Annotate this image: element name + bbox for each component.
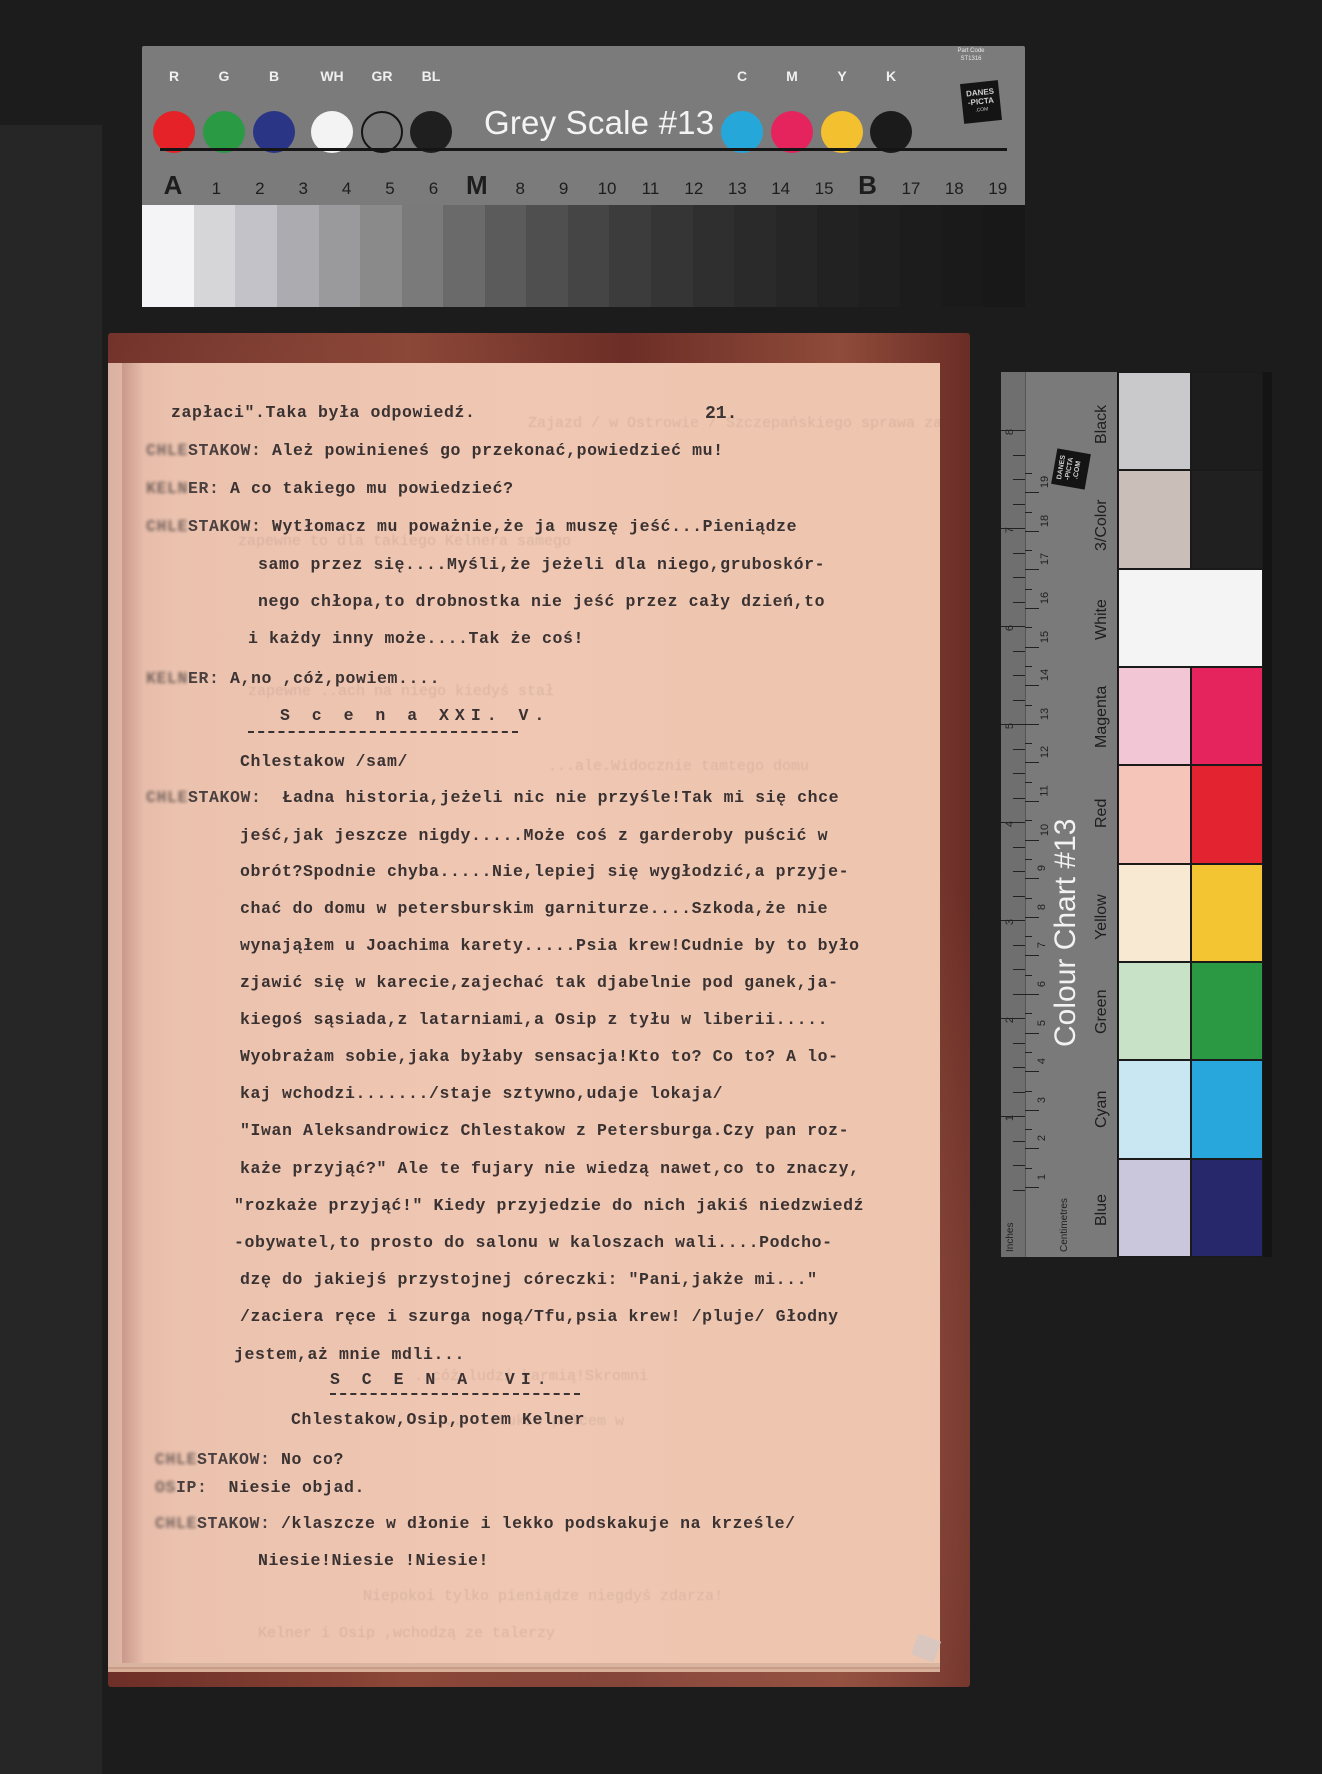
colour-chart-title: Colour Chart #13: [1049, 819, 1083, 1047]
speaker-name-blurred: OS: [155, 1478, 176, 1497]
color-dot-gr: [361, 111, 403, 153]
color-dot-k: [870, 111, 912, 153]
cm-label: 15: [1039, 630, 1051, 642]
cm-tick: [1025, 531, 1039, 532]
text-line: i każdy inny może....Tak że coś!: [248, 629, 584, 648]
scale-label: 5: [369, 179, 411, 199]
cm-tick: [1025, 840, 1039, 841]
grey-patch: [526, 205, 568, 307]
text-line: każe przyjąć?" Ale te fujary nie wiedzą …: [240, 1159, 860, 1178]
cm-label: 3: [1036, 1097, 1048, 1103]
inch-label: 7: [1004, 527, 1016, 533]
inch-subtick: [1013, 553, 1025, 554]
text-line: kiegoś sąsiada,z latarniami,a Osip z tył…: [240, 1010, 828, 1029]
line-text: "Iwan Aleksandrowicz Chlestakow z Peters…: [240, 1121, 849, 1140]
swatch-red-light: [1118, 765, 1191, 863]
inch-subtick: [1013, 455, 1025, 456]
swatch-blue-light: [1118, 1159, 1191, 1257]
line-text: /zaciera ręce i szurga nogą/Tfu,psia kre…: [240, 1307, 839, 1326]
text-line: zapłaci".Taka była odpowiedź.: [171, 403, 476, 422]
text-line: "rozkaże przyjąć!" Kiedy przyjedzie do n…: [234, 1196, 864, 1215]
half-cm-tick: [1025, 975, 1032, 976]
bleed-through-text: Niepokoi tylko pieniądze niegdyś zdarza!: [318, 1588, 723, 1605]
scale-label: 18: [933, 179, 975, 199]
grey-patch: [734, 205, 776, 307]
inch-subtick: [1013, 602, 1025, 603]
half-cm-tick: [1025, 666, 1032, 667]
scene-heading: S c e n a XXI. V.: [280, 706, 550, 725]
cm-tick: [1025, 1033, 1039, 1034]
half-cm-tick: [1025, 705, 1032, 706]
half-cm-tick: [1025, 550, 1032, 551]
speaker-name-blurred: KELN: [146, 669, 188, 688]
grey-patch: [277, 205, 319, 307]
cm-tick: [1025, 724, 1039, 725]
half-cm-tick: [1025, 1052, 1032, 1053]
inch-subtick: [1013, 1165, 1025, 1166]
scale-label: 8: [499, 179, 541, 199]
cm-label: 10: [1039, 823, 1051, 835]
swatch-white: [1118, 569, 1263, 667]
dot-label-gr: GR: [361, 68, 403, 84]
text-line: wynająłem u Joachima karety.....Psia kre…: [240, 936, 860, 955]
dot-label-k: K: [870, 68, 912, 84]
inch-subtick: [1013, 896, 1025, 897]
divider-rule: [160, 148, 1007, 151]
speaker-name-visible: ER:: [188, 669, 220, 688]
half-cm-tick: [1025, 512, 1032, 513]
inch-subtick: [1013, 479, 1025, 480]
row-label-white: White: [1093, 599, 1111, 640]
inch-label: 6: [1004, 625, 1016, 631]
speaker-name-visible: IP:: [176, 1478, 208, 1497]
inch-subtick: [1013, 1141, 1025, 1142]
line-text: Niesie objad.: [208, 1478, 366, 1497]
cm-tick: [1025, 608, 1039, 609]
speaker-name-blurred: CHLE: [155, 1514, 197, 1533]
scene-underline: [330, 1393, 580, 1395]
cm-label: 19: [1039, 476, 1051, 488]
text-line: CHLESTAKOW: Ładna historia,jeżeli nic ni…: [146, 788, 839, 807]
half-cm-tick: [1025, 743, 1032, 744]
color-dot-y: [821, 111, 863, 153]
text-line: KELNER: A co takiego mu powiedzieć?: [146, 479, 514, 498]
danes-picta-logo: DANES -PICTA .COM: [960, 80, 1002, 124]
inch-subtick: [1013, 1043, 1025, 1044]
dot-label-g: G: [203, 68, 245, 84]
scale-label: B: [847, 170, 889, 201]
inch-subtick: [1013, 1067, 1025, 1068]
speaker-name-blurred: KELN: [146, 479, 188, 498]
half-cm-tick: [1025, 1091, 1032, 1092]
bleed-through-text: ...ale.Widocznie tamtego domu: [548, 758, 809, 775]
row-label-blue: Blue: [1093, 1194, 1111, 1226]
scale-label: M: [456, 170, 498, 201]
part-code: Part Code ST1316: [941, 47, 1001, 63]
cm-tick: [1025, 685, 1039, 686]
half-cm-tick: [1025, 1013, 1032, 1014]
half-cm-tick: [1025, 589, 1032, 590]
cm-tick: [1025, 1187, 1039, 1188]
inch-subtick: [1013, 1092, 1025, 1093]
line-text: zapłaci".Taka była odpowiedź.: [171, 403, 476, 422]
color-dot-wh: [311, 111, 353, 153]
scene-underline: [248, 731, 518, 733]
cm-tick: [1025, 801, 1039, 802]
swatch-black-dark: [1191, 372, 1263, 470]
grey-scale-card: Part Code ST1316 DANES -PICTA .COM RGBWH…: [142, 46, 1025, 307]
color-dot-g: [203, 111, 245, 153]
scale-label: 14: [760, 179, 802, 199]
inch-subtick: [1013, 945, 1025, 946]
scale-label: 2: [239, 179, 281, 199]
text-line: jeść,jak jeszcze nigdy.....Może coś z ga…: [240, 826, 828, 845]
scale-label: 11: [629, 179, 671, 199]
scale-label: 17: [890, 179, 932, 199]
inch-subtick: [1013, 700, 1025, 701]
dot-label-wh: WH: [311, 68, 353, 84]
speaker-name-visible: STAKOW:: [197, 1450, 271, 1469]
cm-tick: [1025, 1071, 1039, 1072]
half-cm-tick: [1025, 782, 1032, 783]
cm-tick: [1025, 492, 1039, 493]
scale-label: 4: [326, 179, 368, 199]
grey-patch: [651, 205, 693, 307]
swatch-cyan-light: [1118, 1060, 1191, 1158]
scale-label: 12: [673, 179, 715, 199]
grey-patches: [142, 205, 1025, 307]
grey-patch: [142, 205, 194, 307]
text-line: KELNER: A,no ,cóż,powiem....: [146, 669, 440, 688]
row-label-yellow: Yellow: [1093, 894, 1111, 940]
danes-picta-logo: DANES -PICTA .COM: [1051, 448, 1091, 489]
inch-label: 4: [1004, 821, 1016, 827]
scale-label: 6: [412, 179, 454, 199]
cm-label: 14: [1039, 669, 1051, 681]
speaker-name-blurred: CHLE: [146, 788, 188, 807]
line-text: wynająłem u Joachima karety.....Psia kre…: [240, 936, 860, 955]
inch-label: 8: [1004, 429, 1016, 435]
dot-label-y: Y: [821, 68, 863, 84]
text-line: Chlestakow /sam/: [240, 752, 408, 771]
text-line: CHLESTAKOW: No co?: [155, 1450, 344, 1469]
text-line: kaj wchodzi......./staje sztywno,udaje l…: [240, 1084, 723, 1103]
grey-patch: [776, 205, 818, 307]
grey-patch: [817, 205, 859, 307]
swatch-black-light: [1118, 372, 1191, 470]
scale-label: 15: [803, 179, 845, 199]
speaker-name: CHLESTAKOW:: [146, 441, 262, 460]
colour-chart-card: DANES -PICTA .COM Colour Chart #13 Inche…: [1001, 372, 1272, 1257]
text-line: chać do domu w petersburskim garniturze.…: [240, 899, 828, 918]
row-label-3-color: 3/Color: [1093, 499, 1111, 551]
text-line: CHLESTAKOW: Ależ powinieneś go przekonać…: [146, 441, 724, 460]
cm-label: 17: [1039, 553, 1051, 565]
cm-tick: [1025, 917, 1039, 918]
half-cm-tick: [1025, 473, 1032, 474]
page-corner-tab: [911, 1634, 941, 1663]
line-text: dzę do jakiejś przystojnej córeczki: "Pa…: [240, 1270, 818, 1289]
cm-tick: [1025, 569, 1039, 570]
cm-label: 4: [1036, 1058, 1048, 1064]
cm-label: 2: [1036, 1135, 1048, 1141]
text-line: /zaciera ręce i szurga nogą/Tfu,psia kre…: [240, 1307, 839, 1326]
speaker-name: CHLESTAKOW:: [155, 1514, 271, 1533]
speaker-name-blurred: CHLE: [155, 1450, 197, 1469]
line-text: i każdy inny może....Tak że coś!: [248, 629, 584, 648]
cm-label: 5: [1036, 1020, 1048, 1026]
cm-label: 8: [1036, 904, 1048, 910]
grey-patch: [859, 205, 901, 307]
dot-label-bl: BL: [410, 68, 452, 84]
grey-scale-title: Grey Scale #13: [484, 104, 714, 142]
inches-label: Inches: [1005, 1223, 1016, 1252]
speaker-name: CHLESTAKOW:: [146, 788, 262, 807]
swatch-yellow-dark: [1191, 864, 1263, 962]
dot-label-r: R: [153, 68, 195, 84]
swatch-green-light: [1118, 962, 1191, 1060]
speaker-name-visible: STAKOW:: [188, 517, 262, 536]
swatch-3-color-light: [1118, 470, 1191, 568]
speaker-name: KELNER:: [146, 669, 220, 688]
document-page: Zajazd / w Ostrowie / Szczepańskiego spr…: [108, 363, 940, 1667]
line-text: No co?: [271, 1450, 345, 1469]
cm-tick: [1025, 647, 1039, 648]
speaker-name: KELNER:: [146, 479, 220, 498]
line-text: chać do domu w petersburskim garniturze.…: [240, 899, 828, 918]
color-dot-bl: [410, 111, 452, 153]
line-text: Niesie!Niesie !Niesie!: [258, 1551, 489, 1570]
speaker-name-visible: STAKOW:: [188, 788, 262, 807]
speaker-name: CHLESTAKOW:: [155, 1450, 271, 1469]
half-cm-tick: [1025, 1168, 1032, 1169]
text-line: samo przez się....Myśli,że jeżeli dla ni…: [258, 555, 825, 574]
cm-tick: [1025, 994, 1039, 995]
line-text: Wyobrażam sobie,jaka byłaby sensacja!Kto…: [240, 1047, 839, 1066]
cm-label: 11: [1039, 785, 1051, 796]
scale-label: 3: [282, 179, 324, 199]
swatch-blue-dark: [1191, 1159, 1263, 1257]
cm-tick: [1025, 955, 1039, 956]
grey-patch: [609, 205, 651, 307]
line-text: nego chłopa,to drobnostka nie jeść przez…: [258, 592, 825, 611]
speaker-name-visible: STAKOW:: [188, 441, 262, 460]
inch-subtick: [1013, 749, 1025, 750]
half-cm-tick: [1025, 1129, 1032, 1130]
text-line: OSIP: Niesie objad.: [155, 1478, 365, 1497]
line-text: Wytłomacz mu poważnie,że ja muszę jeść..…: [262, 517, 798, 536]
cm-label: 7: [1036, 942, 1048, 948]
color-dot-r: [153, 111, 195, 153]
color-dot-m: [771, 111, 813, 153]
cm-label: 6: [1036, 981, 1048, 987]
grey-patch: [319, 205, 361, 307]
inch-subtick: [1013, 871, 1025, 872]
scale-label: 13: [716, 179, 758, 199]
grey-patch: [485, 205, 527, 307]
row-label-magenta: Magenta: [1093, 685, 1111, 747]
color-dot-c: [721, 111, 763, 153]
inch-subtick: [1013, 577, 1025, 578]
page-number: 21.: [705, 404, 737, 424]
swatch-magenta-dark: [1191, 667, 1263, 765]
grey-patch: [693, 205, 735, 307]
line-text: A,no ,cóż,powiem....: [220, 669, 441, 688]
scale-label: A: [152, 170, 194, 201]
inch-label: 5: [1004, 723, 1016, 729]
text-line: nego chłopa,to drobnostka nie jeść przez…: [258, 592, 825, 611]
scale-label: 9: [543, 179, 585, 199]
inch-subtick: [1013, 798, 1025, 799]
inch-subtick: [1013, 651, 1025, 652]
scale-label: 10: [586, 179, 628, 199]
text-line: Niesie!Niesie !Niesie!: [258, 1551, 489, 1570]
text-line: zjawić się w karecie,zajechać tak djabel…: [240, 973, 839, 992]
line-text: "rozkaże przyjąć!" Kiedy przyjedzie do n…: [234, 1196, 864, 1215]
half-cm-tick: [1025, 936, 1032, 937]
line-text: Chlestakow,Osip,potem Kelner: [291, 1410, 585, 1429]
grey-patch: [942, 205, 984, 307]
row-label-red: Red: [1093, 799, 1111, 828]
text-line: dzę do jakiejś przystojnej córeczki: "Pa…: [240, 1270, 818, 1289]
inch-subtick: [1013, 994, 1025, 995]
line-text: kiegoś sąsiada,z latarniami,a Osip z tył…: [240, 1010, 828, 1029]
scale-label: 1: [195, 179, 237, 199]
inch-subtick: [1013, 1190, 1025, 1191]
swatch-magenta-light: [1118, 667, 1191, 765]
inch-label: 2: [1004, 1017, 1016, 1023]
line-text: A co takiego mu powiedzieć?: [220, 479, 514, 498]
cm-label: 18: [1039, 515, 1051, 527]
left-dark-panel: [0, 125, 102, 1774]
ruler: DANES -PICTA .COM Colour Chart #13 Inche…: [1001, 372, 1117, 1257]
inch-subtick: [1013, 847, 1025, 848]
grey-patch: [568, 205, 610, 307]
text-line: -obywatel,to prosto do salonu w kaloszac…: [234, 1233, 833, 1252]
line-text: -obywatel,to prosto do salonu w kaloszac…: [234, 1233, 833, 1252]
line-text: obrót?Spodnie chyba.....Nie,lepiej się w…: [240, 862, 849, 881]
line-text: Chlestakow /sam/: [240, 752, 408, 771]
grey-patch: [360, 205, 402, 307]
grey-patch: [443, 205, 485, 307]
line-text: jestem,aż mnie mdli...: [234, 1345, 465, 1364]
text-line: Chlestakow,Osip,potem Kelner: [291, 1410, 585, 1429]
cm-label: 13: [1039, 708, 1051, 720]
half-cm-tick: [1025, 898, 1032, 899]
row-label-black: Black: [1093, 405, 1111, 444]
swatch-3-color-dark: [1191, 470, 1263, 568]
speaker-name-blurred: CHLE: [146, 441, 188, 460]
book-cover: Zajazd / w Ostrowie / Szczepańskiego spr…: [108, 333, 970, 1687]
scene-heading: S C E N A VI.: [330, 1370, 553, 1389]
line-text: Ładna historia,jeżeli nic nie przyśle!Ta…: [262, 788, 840, 807]
cm-tick: [1025, 1110, 1039, 1111]
half-cm-tick: [1025, 859, 1032, 860]
swatch-green-dark: [1191, 962, 1263, 1060]
grey-patch: [900, 205, 942, 307]
inch-strip: [1001, 372, 1026, 1257]
dot-label-m: M: [771, 68, 813, 84]
speaker-name: CHLESTAKOW:: [146, 517, 262, 536]
grey-patch: [402, 205, 444, 307]
text-line: jestem,aż mnie mdli...: [234, 1345, 465, 1364]
dot-label-c: C: [721, 68, 763, 84]
half-cm-tick: [1025, 820, 1032, 821]
cm-tick: [1025, 762, 1039, 763]
text-line: CHLESTAKOW: Wytłomacz mu poważnie,że ja …: [146, 517, 797, 536]
speaker-name-visible: ER:: [188, 479, 220, 498]
swatch-red-dark: [1191, 765, 1263, 863]
cm-tick: [1025, 1148, 1039, 1149]
text-line: CHLESTAKOW: /klaszcze w dłonie i lekko p…: [155, 1514, 796, 1533]
cm-label: 1: [1036, 1174, 1048, 1180]
swatch-cyan-dark: [1191, 1060, 1263, 1158]
grey-patch: [194, 205, 236, 307]
centimetres-label: Centimetres: [1059, 1198, 1070, 1252]
row-label-cyan: Cyan: [1093, 1090, 1111, 1127]
line-text: każe przyjąć?" Ale te fujary nie wiedzą …: [240, 1159, 860, 1178]
cm-label: 9: [1036, 865, 1048, 871]
line-text: kaj wchodzi......./staje sztywno,udaje l…: [240, 1084, 723, 1103]
grey-patch: [983, 205, 1025, 307]
cm-label: 16: [1039, 592, 1051, 604]
bleed-through-text: Kelner i Osip ,wchodzą ze talerzy: [258, 1625, 555, 1642]
inch-subtick: [1013, 675, 1025, 676]
dot-label-b: B: [253, 68, 295, 84]
grey-patch: [235, 205, 277, 307]
swatch-yellow-light: [1118, 864, 1191, 962]
cm-label: 12: [1039, 746, 1051, 758]
line-text: Ależ powinieneś go przekonać,powiedzieć …: [262, 441, 724, 460]
inch-subtick: [1013, 969, 1025, 970]
inch-label: 1: [1004, 1115, 1016, 1121]
page-gutter: [122, 363, 144, 1663]
cm-tick: [1025, 878, 1039, 879]
text-line: obrót?Spodnie chyba.....Nie,lepiej się w…: [240, 862, 849, 881]
line-text: zjawić się w karecie,zajechać tak djabel…: [240, 973, 839, 992]
scale-labels: A123456M89101112131415B171819: [152, 170, 1019, 200]
row-label-green: Green: [1093, 989, 1111, 1033]
speaker-name-visible: STAKOW:: [197, 1514, 271, 1533]
color-dot-b: [253, 111, 295, 153]
text-line: Wyobrażam sobie,jaka byłaby sensacja!Kto…: [240, 1047, 839, 1066]
text-line: "Iwan Aleksandrowicz Chlestakow z Peters…: [240, 1121, 849, 1140]
scale-label: 19: [977, 179, 1019, 199]
speaker-name: OSIP:: [155, 1478, 208, 1497]
inch-subtick: [1013, 773, 1025, 774]
speaker-name-blurred: CHLE: [146, 517, 188, 536]
inch-label: 3: [1004, 919, 1016, 925]
line-text: jeść,jak jeszcze nigdy.....Może coś z ga…: [240, 826, 828, 845]
half-cm-tick: [1025, 627, 1032, 628]
bleed-through-text: Zajazd / w Ostrowie / Szczepańskiego spr…: [528, 415, 951, 432]
inch-subtick: [1013, 504, 1025, 505]
line-text: /klaszcze w dłonie i lekko podskakuje na…: [271, 1514, 796, 1533]
line-text: samo przez się....Myśli,że jeżeli dla ni…: [258, 555, 825, 574]
